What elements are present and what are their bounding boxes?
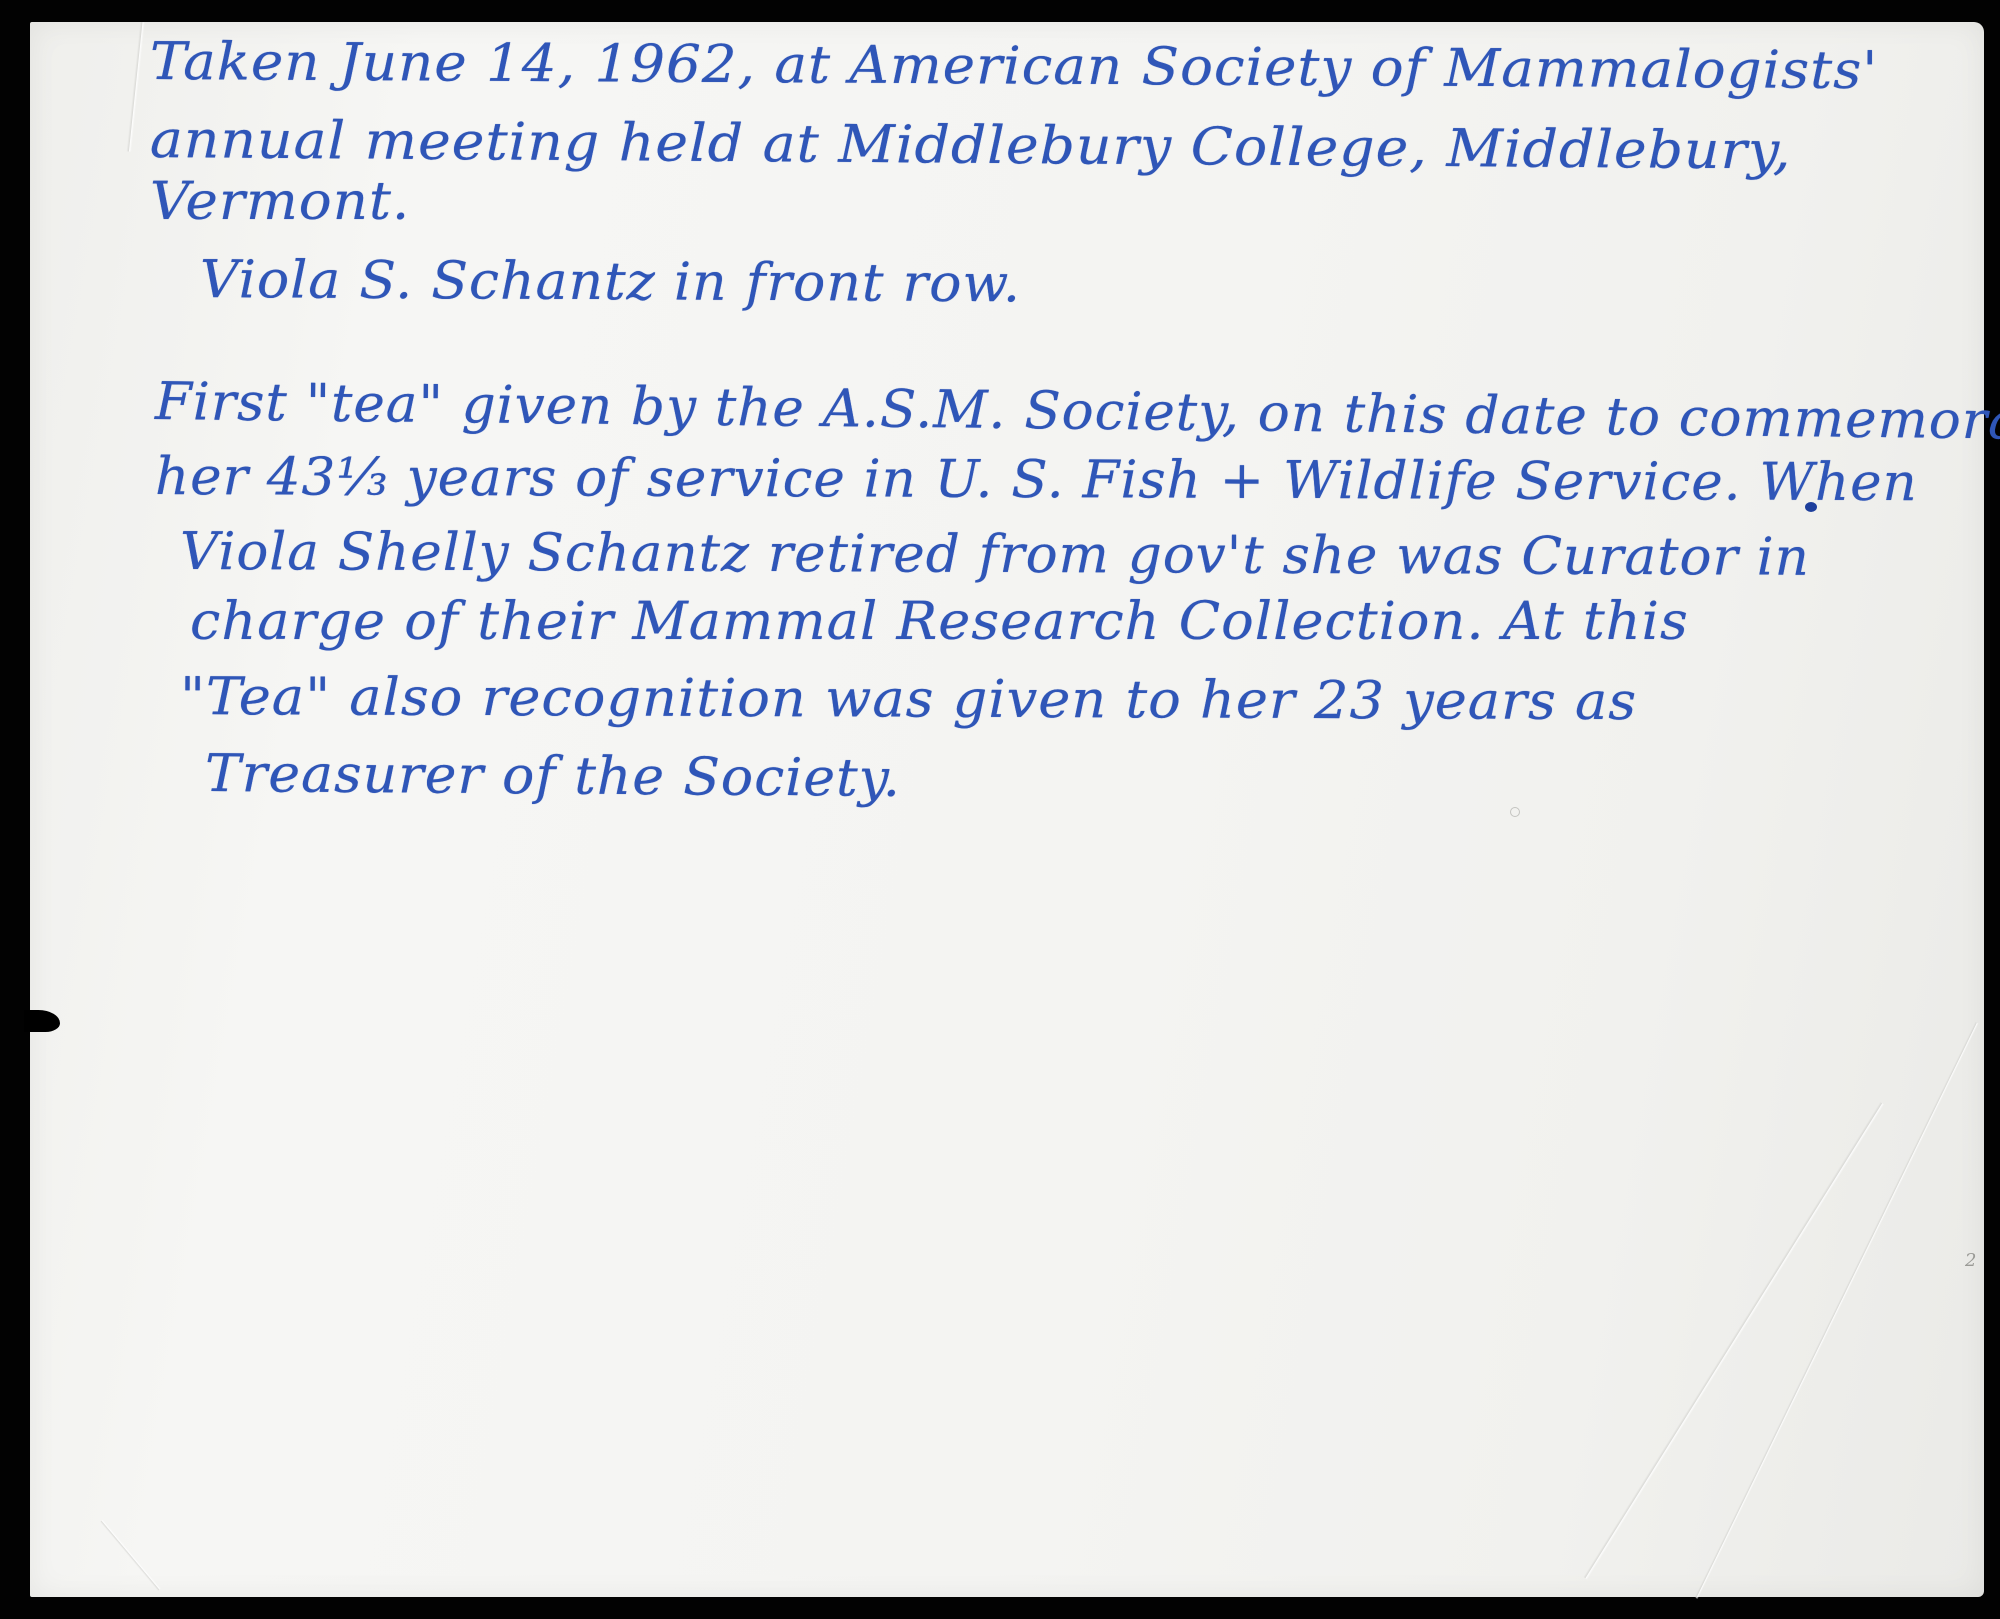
scan-background: Taken June 14, 1962, at American Society… (0, 0, 2000, 1619)
pencil-mark: 2 (1965, 1250, 1976, 1271)
note-line-tea: First "tea" given by the A.S.M. Society,… (155, 372, 2000, 452)
note-line-recognition: "Tea" also recognition was given to her … (180, 667, 1637, 732)
note-line-collection: charge of their Mammal Research Collecti… (190, 592, 1689, 652)
note-line-state: Vermont. (150, 172, 410, 232)
note-line-treasurer: Treasurer of the Society. (205, 744, 901, 809)
note-line-retired: Viola Shelly Schantz retired from gov't … (180, 522, 1810, 588)
note-line-meeting: annual meeting held at Middlebury Colleg… (150, 110, 1792, 181)
note-line-date-location: Taken June 14, 1962, at American Society… (150, 32, 1879, 101)
ink-blot (1805, 502, 1817, 512)
note-line-subject: Viola S. Schantz in front row. (200, 250, 1021, 314)
paper-speck (1510, 807, 1520, 817)
handwritten-note: Taken June 14, 1962, at American Society… (30, 22, 1984, 1597)
note-line-service: her 43⅓ years of service in U. S. Fish +… (155, 447, 1918, 513)
paper-sheet: Taken June 14, 1962, at American Society… (30, 22, 1984, 1597)
